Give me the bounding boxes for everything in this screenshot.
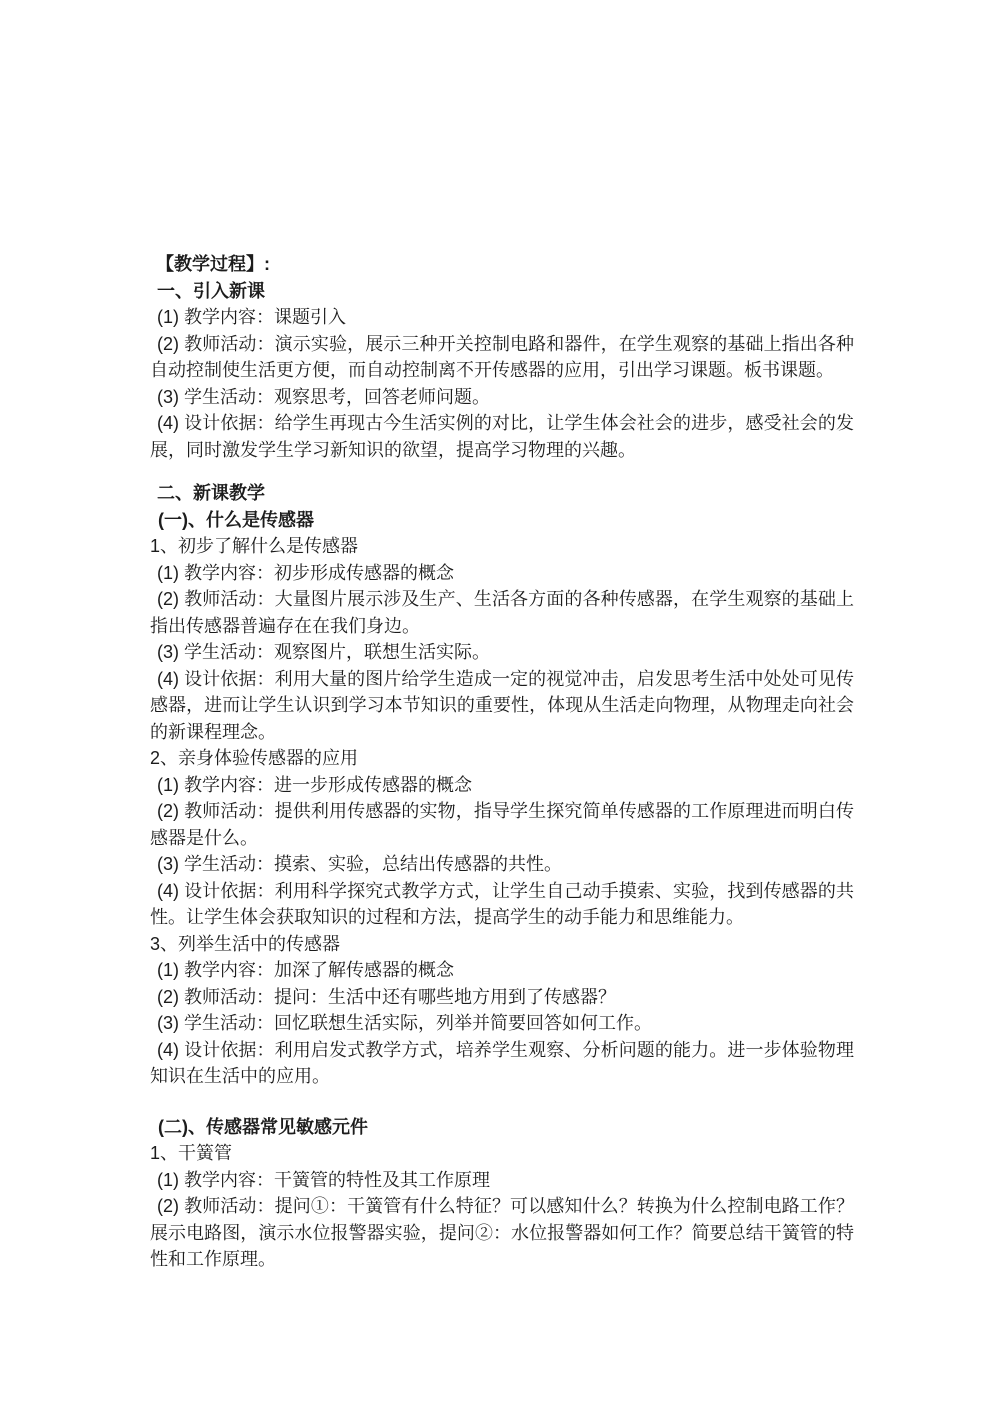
- doc-paragraph: (4) 设计依据：利用大量的图片给学生造成一定的视觉冲击，启发思考生活中处处可见…: [150, 666, 854, 746]
- doc-section-heading: 一、引入新课: [150, 278, 854, 305]
- doc-paragraph: (3) 学生活动：摸索、实验，总结出传感器的共性。: [150, 851, 854, 878]
- doc-title-heading: 【教学过程】:: [150, 251, 854, 278]
- doc-paragraph: (1) 教学内容：课题引入: [150, 304, 854, 331]
- doc-paragraph: (4) 设计依据：利用科学探究式教学方式，让学生自己动手摸索、实验，找到传感器的…: [150, 878, 854, 931]
- doc-subsection-heading: (二)、传感器常见敏感元件: [150, 1114, 854, 1141]
- doc-paragraph: (3) 学生活动：观察思考，回答老师问题。: [150, 384, 854, 411]
- doc-numbered-line: 3、列举生活中的传感器: [150, 931, 854, 958]
- doc-subsection-heading: (一)、什么是传感器: [150, 507, 854, 534]
- doc-numbered-line: 1、干簧管: [150, 1140, 854, 1167]
- doc-paragraph: (2) 教师活动：演示实验，展示三种开关控制电路和器件，在学生观察的基础上指出各…: [150, 331, 854, 384]
- doc-paragraph: (1) 教学内容：初步形成传感器的概念: [150, 560, 854, 587]
- doc-paragraph: (2) 教师活动：提供利用传感器的实物，指导学生探究简单传感器的工作原理进而明白…: [150, 798, 854, 851]
- blank-line: [150, 463, 854, 480]
- doc-section-heading: 二、新课教学: [150, 480, 854, 507]
- doc-paragraph: (1) 教学内容：加深了解传感器的概念: [150, 957, 854, 984]
- doc-paragraph: (2) 教师活动：提问①：干簧管有什么特征？可以感知什么？转换为什么控制电路工作…: [150, 1193, 854, 1273]
- doc-paragraph: (2) 教师活动：大量图片展示涉及生产、生活各方面的各种传感器，在学生观察的基础…: [150, 586, 854, 639]
- doc-numbered-line: 2、亲身体验传感器的应用: [150, 745, 854, 772]
- doc-paragraph: (4) 设计依据：利用启发式教学方式，培养学生观察、分析问题的能力。进一步体验物…: [150, 1037, 854, 1090]
- doc-paragraph: (1) 教学内容：进一步形成传感器的概念: [150, 772, 854, 799]
- doc-numbered-line: 1、初步了解什么是传感器: [150, 533, 854, 560]
- doc-paragraph: (3) 学生活动：观察图片，联想生活实际。: [150, 639, 854, 666]
- doc-paragraph: (3) 学生活动：回忆联想生活实际，列举并简要回答如何工作。: [150, 1010, 854, 1037]
- document-page: 【教学过程】:一、引入新课(1) 教学内容：课题引入(2) 教师活动：演示实验，…: [0, 0, 1000, 1414]
- doc-paragraph: (4) 设计依据：给学生再现古今生活实例的对比，让学生体会社会的进步，感受社会的…: [150, 410, 854, 463]
- document-content: 【教学过程】:一、引入新课(1) 教学内容：课题引入(2) 教师活动：演示实验，…: [150, 251, 854, 1273]
- doc-paragraph: (2) 教师活动：提问：生活中还有哪些地方用到了传感器？: [150, 984, 854, 1011]
- blank-line: [150, 1090, 854, 1114]
- doc-paragraph: (1) 教学内容：干簧管的特性及其工作原理: [150, 1167, 854, 1194]
